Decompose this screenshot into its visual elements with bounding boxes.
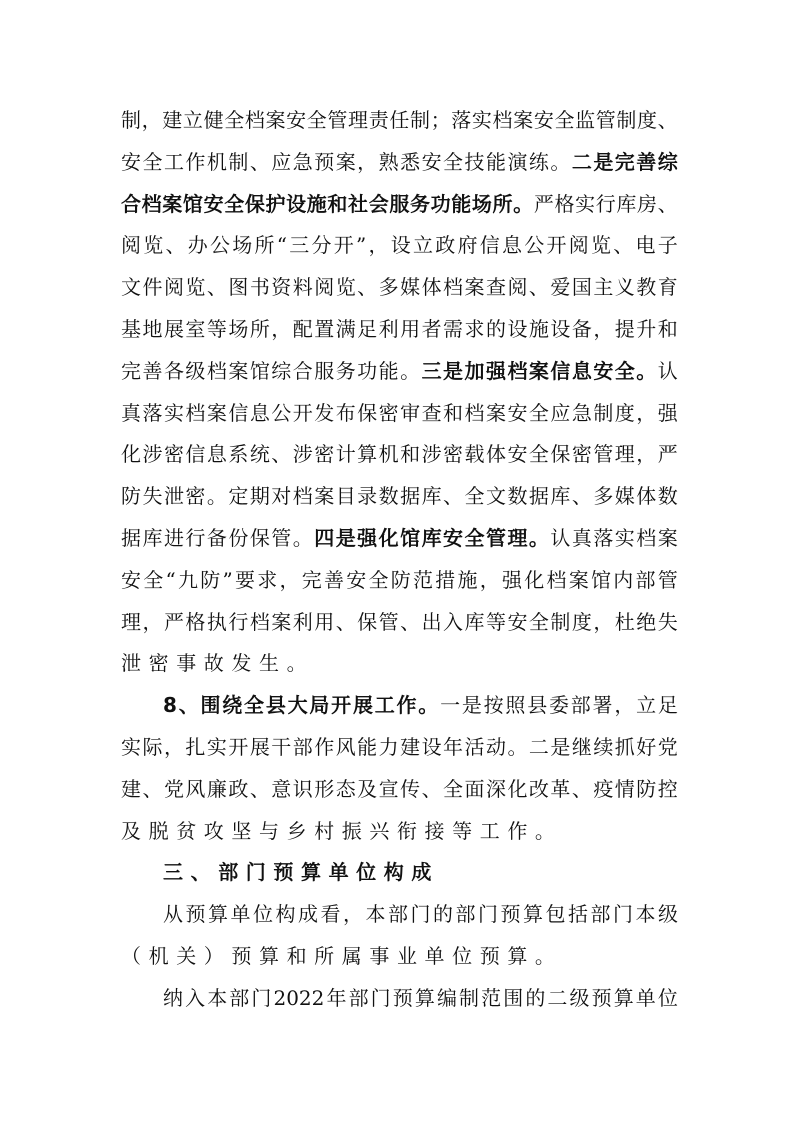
body-char: 、	[271, 439, 291, 469]
body-char: 件	[142, 272, 162, 302]
body-char: 监	[575, 105, 595, 135]
body-char: 档	[465, 398, 485, 428]
body-char: 立	[183, 105, 203, 135]
text-line: 实际，扎实开展干部作风能力建设年活动。二是继续抓好党	[121, 732, 678, 762]
body-char: 阅	[314, 272, 334, 302]
body-char: 、	[336, 607, 356, 637]
body-char: 档	[245, 105, 265, 135]
body-char: 管	[379, 607, 399, 637]
body-char: 案	[486, 398, 506, 428]
body-char: 档	[250, 607, 270, 637]
body-char: 算	[523, 899, 543, 929]
body-char: 合	[293, 356, 313, 386]
body-char: 所	[314, 941, 334, 971]
bold-text: 强	[486, 356, 506, 386]
body-char: 从	[163, 899, 183, 929]
body-char: 全	[443, 774, 463, 804]
bold-text: 综	[658, 147, 678, 177]
body-char: 。	[287, 648, 307, 678]
body-char: 全	[554, 105, 574, 135]
body-char: 括	[568, 899, 588, 929]
body-char: 配	[293, 314, 313, 344]
body-char: 和	[658, 314, 678, 344]
body-char: 技	[465, 147, 485, 177]
body-char: 设	[422, 732, 442, 762]
body-char: 库	[616, 189, 636, 219]
body-char: 认	[550, 523, 570, 553]
body-char: 执	[207, 607, 227, 637]
body-char: 室	[185, 314, 205, 344]
body-char: 抓	[615, 732, 635, 762]
body-char: 攻	[204, 816, 224, 846]
body-char: 应	[550, 398, 570, 428]
body-char: 故	[204, 648, 224, 678]
bold-text: 馆	[400, 523, 420, 553]
body-char: 与	[259, 816, 279, 846]
body-char: 信	[228, 398, 248, 428]
body-char: 脱	[149, 816, 169, 846]
body-char: 查	[486, 272, 506, 302]
body-char: 位	[452, 941, 472, 971]
bold-text: 和	[327, 189, 347, 219]
body-char: 乡	[287, 816, 307, 846]
body-char: 防	[200, 565, 220, 595]
text-line: 文件阅览、图书资料阅览、多媒体档案查阅、爱国主义教育	[121, 272, 678, 302]
body-char: 坚	[231, 816, 251, 846]
bold-text: 三	[163, 857, 183, 887]
body-char: 演	[507, 147, 527, 177]
body-char: 严	[658, 439, 678, 469]
body-char: 年	[326, 983, 346, 1013]
body-char: 、	[166, 230, 186, 260]
body-char: 本	[366, 899, 386, 929]
body-char: 档	[443, 272, 463, 302]
body-char: ，	[357, 147, 377, 177]
bold-text: 护	[265, 189, 285, 219]
body-char: 者	[422, 314, 442, 344]
body-char: 化	[507, 774, 527, 804]
body-char: 县	[527, 690, 547, 720]
body-char: 提	[615, 314, 635, 344]
bold-text: 三	[422, 356, 442, 386]
body-char: 建	[121, 774, 141, 804]
body-char: 育	[658, 272, 678, 302]
body-char: 强	[502, 565, 522, 595]
text-line: 8、围绕全县大局开展工作。一是按照县委部署，立足	[163, 690, 678, 720]
body-char: 保	[357, 607, 377, 637]
body-char: 门	[371, 983, 391, 1013]
body-char: ”	[356, 230, 366, 260]
body-char: 图	[228, 272, 248, 302]
body-char: 用	[314, 607, 334, 637]
body-char: 范	[481, 983, 501, 1013]
body-char: 的	[433, 899, 453, 929]
body-char: 及	[357, 774, 377, 804]
body-char: 制	[550, 607, 570, 637]
body-char: 施	[457, 565, 477, 595]
bold-text: 大	[288, 690, 308, 720]
bold-text: 安	[204, 189, 224, 219]
body-char: 文	[486, 481, 506, 511]
bold-text: 库	[422, 523, 442, 553]
body-char: 严	[164, 607, 184, 637]
body-char: 部	[349, 983, 369, 1013]
body-char: 兴	[369, 816, 389, 846]
body-char: 展	[250, 732, 270, 762]
body-char: 关	[176, 941, 196, 971]
body-char: 活	[465, 732, 485, 762]
text-line: 从预算单位构成看，本部门的部门预算包括部门本级	[163, 899, 678, 929]
body-char: 安	[346, 565, 366, 595]
body-char: 档	[185, 398, 205, 428]
body-char: 案	[271, 607, 291, 637]
body-char: 预	[314, 147, 334, 177]
body-char: ，	[343, 899, 363, 929]
bold-text: 档	[142, 189, 162, 219]
body-char: 作	[507, 816, 527, 846]
body-char: 按	[484, 690, 504, 720]
body-char: 。	[400, 356, 420, 386]
body-char: 据	[529, 481, 549, 511]
bold-text: 会	[369, 189, 389, 219]
body-char: 府	[457, 230, 477, 260]
body-char: 档	[636, 523, 656, 553]
bold-text: 保	[245, 189, 265, 219]
bold-text: 是	[443, 356, 463, 386]
body-char: 制	[228, 147, 248, 177]
body-char: 责	[369, 105, 389, 135]
body-char: 严	[534, 189, 554, 219]
body-char: 密	[149, 648, 169, 678]
bold-text: 预	[273, 857, 293, 887]
text-line: 基地展室等场所，配置满足利用者需求的设施设备，提升和	[121, 314, 678, 344]
body-char: 意	[271, 774, 291, 804]
body-char: 密	[379, 398, 399, 428]
body-char: 深	[486, 774, 506, 804]
body-char: 案	[265, 105, 285, 135]
body-char: 部	[293, 732, 313, 762]
bold-text: 作	[397, 690, 417, 720]
body-char: 强	[658, 398, 678, 428]
body-char: 本	[636, 899, 656, 929]
text-line: 阅览、办公场所“三分开”，设立政府信息公开阅览、电子	[121, 230, 678, 260]
bold-text: 单	[329, 857, 349, 887]
body-char: 馆	[591, 565, 611, 595]
body-char: 场	[232, 230, 252, 260]
body-char: 急	[572, 398, 592, 428]
body-char: 度	[572, 607, 592, 637]
body-char: 公	[524, 230, 544, 260]
body-char: 安	[422, 147, 442, 177]
body-char: 部	[229, 983, 249, 1013]
body-char: 数	[379, 481, 399, 511]
body-char: 成	[298, 899, 318, 929]
body-char: 管	[658, 565, 678, 595]
body-char: 安	[507, 398, 527, 428]
body-char: 单	[425, 941, 445, 971]
body-char: 制	[459, 983, 479, 1013]
body-char: 化	[121, 439, 141, 469]
body-char: 部	[571, 690, 591, 720]
body-char: 媒	[615, 481, 635, 511]
bold-text: 合	[121, 189, 141, 219]
body-char: 体	[486, 439, 506, 469]
body-char: 全	[443, 147, 463, 177]
body-char: 升	[636, 314, 656, 344]
body-char: 爱	[550, 272, 570, 302]
bold-text: 功	[431, 189, 451, 219]
body-char: “	[166, 565, 176, 595]
body-char: 教	[636, 272, 656, 302]
body-char: 安	[507, 439, 527, 469]
bold-text: 设	[286, 189, 306, 219]
body-char: 面	[465, 774, 485, 804]
body-char: 务	[336, 356, 356, 386]
body-char: 发	[314, 398, 334, 428]
text-line: 完善各级档案馆综合服务功能。三是加强档案信息安全。认	[121, 356, 678, 386]
body-char: 控	[658, 774, 678, 804]
body-char: 档	[207, 356, 227, 386]
bold-text: 信	[550, 356, 570, 386]
bold-text: 完	[615, 147, 635, 177]
body-char: 好	[636, 732, 656, 762]
body-char: 防	[391, 565, 411, 595]
body-char: 管	[593, 439, 613, 469]
text-line: 制，建立健全档案安全管理责任制；落实档案安全监管制度、	[121, 105, 678, 135]
bold-text: 开	[331, 690, 351, 720]
body-char: 工	[164, 147, 184, 177]
bold-text: 。	[529, 523, 549, 553]
body-char: 落	[142, 398, 162, 428]
body-char: 。	[535, 816, 555, 846]
bold-text: 善	[636, 147, 656, 177]
body-char: 数	[507, 481, 527, 511]
body-char: 、	[207, 272, 227, 302]
bold-text: 服	[389, 189, 409, 219]
text-line: 安全工作机制、应急预案，熟悉安全技能演练。二是完善综	[121, 147, 678, 177]
body-char: 扎	[185, 732, 205, 762]
body-char: 情	[615, 774, 635, 804]
body-char: 是	[550, 732, 570, 762]
body-char: 。	[207, 481, 227, 511]
body-char: 机	[379, 439, 399, 469]
body-char: 实	[164, 398, 184, 428]
body-char: 泄	[164, 481, 184, 511]
body-char: 展	[164, 314, 184, 344]
body-char: 围	[503, 983, 523, 1013]
body-char: 全	[529, 439, 549, 469]
bold-text: 理	[507, 523, 527, 553]
body-char: 案	[228, 356, 248, 386]
body-char: 览	[591, 230, 611, 260]
body-char: 媒	[400, 272, 420, 302]
body-char: 二	[529, 732, 549, 762]
body-char: 任	[389, 105, 409, 135]
body-char: 泄	[121, 648, 141, 678]
body-char: ）	[204, 941, 224, 971]
body-char: 安	[534, 105, 554, 135]
body-char: 看	[321, 899, 341, 929]
body-char: 国	[572, 272, 592, 302]
body-char: 预	[592, 983, 612, 1013]
body-char: 格	[185, 607, 205, 637]
bold-text: 县	[266, 690, 286, 720]
body-char: 健	[204, 105, 224, 135]
body-char: ；	[431, 105, 451, 135]
body-char: 认	[658, 356, 678, 386]
body-char: 机	[207, 147, 227, 177]
text-line: 泄密事故发生。	[121, 648, 678, 678]
body-char: 开	[228, 732, 248, 762]
body-char: 全	[224, 105, 244, 135]
body-char: 内	[613, 565, 633, 595]
body-char: 备	[572, 314, 592, 344]
body-char: 宣	[379, 774, 399, 804]
body-char: 动	[486, 732, 506, 762]
body-char: 息	[250, 398, 270, 428]
body-char: 档	[546, 565, 566, 595]
bold-text: 社	[348, 189, 368, 219]
body-char: 查	[422, 398, 442, 428]
body-char: 涉	[422, 439, 442, 469]
body-char: 接	[425, 816, 445, 846]
body-char: 实	[615, 523, 635, 553]
body-char: 主	[593, 272, 613, 302]
body-char: 阅	[121, 230, 141, 260]
body-char: 数	[658, 481, 678, 511]
body-char: 实	[472, 105, 492, 135]
body-char: 。	[293, 523, 313, 553]
body-char: 算	[259, 941, 279, 971]
body-char: 场	[228, 314, 248, 344]
body-char: 、	[250, 774, 270, 804]
body-char: 和	[400, 439, 420, 469]
bold-text: 场	[472, 189, 492, 219]
body-char: 用	[400, 314, 420, 344]
body-char: 求	[465, 314, 485, 344]
bold-text: 安	[443, 523, 463, 553]
body-char: ，	[142, 105, 162, 135]
body-char: 、	[658, 189, 678, 219]
body-char: 委	[549, 690, 569, 720]
body-char: 实	[575, 189, 595, 219]
body-char: 发	[231, 648, 251, 678]
body-char: 所	[250, 314, 270, 344]
body-char: 开	[293, 398, 313, 428]
bold-text: 构	[384, 857, 404, 887]
body-char: 识	[293, 774, 313, 804]
body-char: 库	[550, 481, 570, 511]
body-char: 息	[207, 439, 227, 469]
body-char: 体	[422, 272, 442, 302]
body-char: ，	[593, 314, 613, 344]
body-char: 全	[368, 565, 388, 595]
body-char: 录	[357, 481, 377, 511]
body-char: 失	[142, 481, 162, 511]
body-char: 求	[257, 565, 277, 595]
body-char: 多	[379, 272, 399, 302]
body-char: 熟	[379, 147, 399, 177]
body-char: 管	[596, 105, 616, 135]
body-char: 库	[465, 607, 485, 637]
body-char: 满	[336, 314, 356, 344]
body-char: 门	[411, 899, 431, 929]
body-char: 分	[311, 230, 331, 260]
body-char: 馆	[250, 356, 270, 386]
bold-text: 务	[410, 189, 430, 219]
body-char: 行	[185, 523, 205, 553]
body-char: 生	[259, 648, 279, 678]
body-char: 管	[271, 523, 291, 553]
body-char: 党	[658, 732, 678, 762]
body-char: 等	[207, 314, 227, 344]
body-char: 党	[164, 774, 184, 804]
body-char: 预	[186, 899, 206, 929]
bold-text: 化	[379, 523, 399, 553]
text-line: 建、党风廉政、意识形态及宣传、全面深化改革、疫情防控	[121, 774, 678, 804]
body-char: 安	[507, 607, 527, 637]
body-char: 三	[289, 230, 309, 260]
body-char: ，	[614, 690, 634, 720]
body-char: 度	[637, 105, 657, 135]
body-char: 资	[271, 272, 291, 302]
body-char: 安	[121, 147, 141, 177]
body-char: 涉	[293, 439, 313, 469]
body-char: 等	[452, 816, 472, 846]
body-char: 管	[327, 105, 347, 135]
body-char: 部	[456, 899, 476, 929]
body-char: 案	[569, 565, 589, 595]
bold-text: 成	[411, 857, 431, 887]
body-char: 料	[293, 272, 313, 302]
body-char: 位	[658, 983, 678, 1013]
bold-text: 、	[179, 690, 199, 720]
body-char: 廉	[207, 774, 227, 804]
body-char: 信	[480, 230, 500, 260]
body-char: 定	[228, 481, 248, 511]
body-char: 构	[276, 899, 296, 929]
body-char: 贫	[176, 816, 196, 846]
bold-text: 强	[357, 523, 377, 553]
body-char: 、	[572, 481, 592, 511]
bold-text: 全	[224, 189, 244, 219]
body-char: 形	[314, 774, 334, 804]
bold-text: 加	[465, 356, 485, 386]
body-char: 。	[550, 147, 570, 177]
body-char: 制	[616, 105, 636, 135]
bold-text: 展	[353, 690, 373, 720]
text-line: 据库进行备份保管。四是强化馆库安全管理。认真落实档案	[121, 523, 678, 553]
body-char: 和	[287, 941, 307, 971]
body-char: 信	[185, 439, 205, 469]
body-char: 风	[336, 732, 356, 762]
body-char: ，	[636, 398, 656, 428]
body-char: 保	[550, 439, 570, 469]
body-char: 览	[336, 272, 356, 302]
body-char: ，	[279, 565, 299, 595]
body-char: ，	[636, 439, 656, 469]
body-char: 密	[314, 439, 334, 469]
body-char: 阅	[164, 272, 184, 302]
body-char: 设	[507, 314, 527, 344]
bold-text: 部	[218, 857, 238, 887]
body-char: 一	[440, 690, 460, 720]
body-char: 足	[357, 314, 377, 344]
body-char: ”	[222, 565, 232, 595]
bold-text: 全	[615, 356, 635, 386]
body-char: 实	[121, 732, 141, 762]
body-char: 等	[486, 607, 506, 637]
